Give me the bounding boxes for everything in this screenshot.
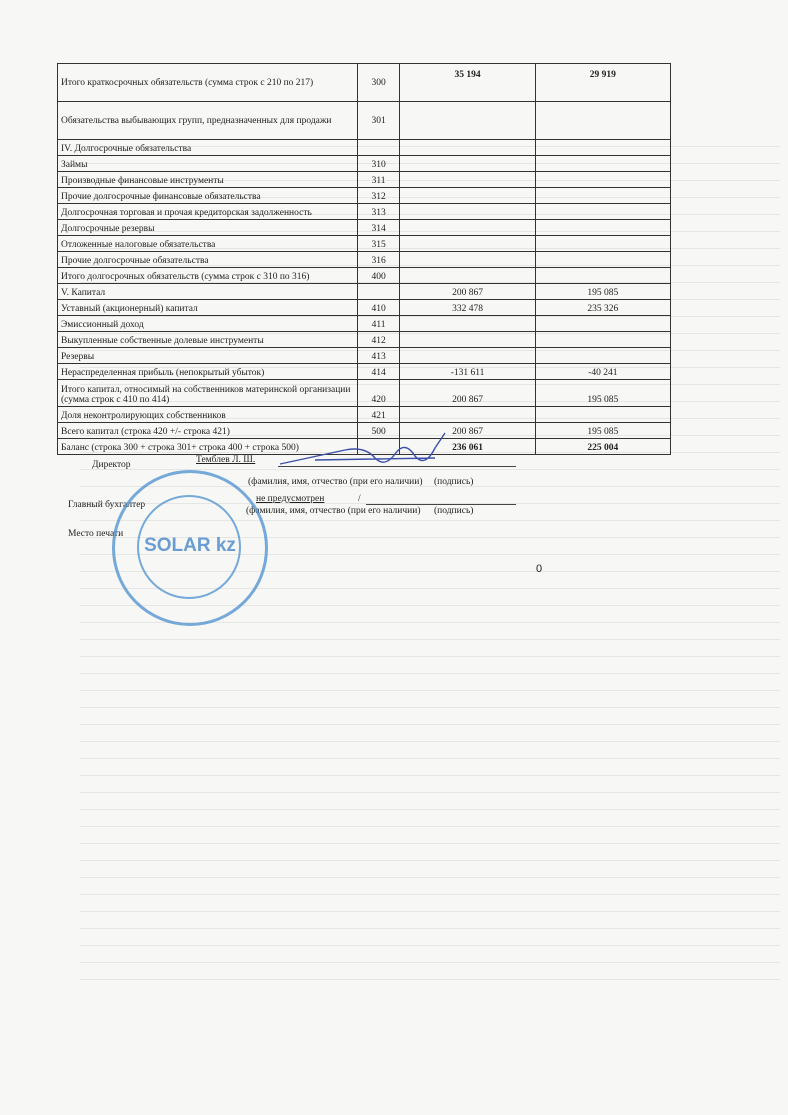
row-value-current <box>400 220 535 236</box>
row-value-previous <box>535 204 670 220</box>
stamp-logo-text: SOLAR kz <box>115 535 265 557</box>
table-row: Итого краткосрочных обязательств (сумма … <box>58 64 671 102</box>
row-code: 421 <box>357 407 400 423</box>
row-code: 301 <box>357 102 400 140</box>
row-value-previous: 195 085 <box>535 284 670 300</box>
row-code: 300 <box>357 64 400 102</box>
row-value-previous: 235 326 <box>535 300 670 316</box>
row-name: Итого долгосрочных обязательств (сумма с… <box>58 268 358 284</box>
director-name: Темблев Л. Ш. <box>196 455 255 465</box>
row-value-current <box>400 172 535 188</box>
table-row: Прочие долгосрочные финансовые обязатель… <box>58 188 671 204</box>
row-value-previous <box>535 220 670 236</box>
table-row: IV. Долгосрочные обязательства <box>58 140 671 156</box>
row-value-previous <box>535 102 670 140</box>
row-value-current <box>400 252 535 268</box>
row-name: Уставный (акционерный) капитал <box>58 300 358 316</box>
accountant-name: не предусмотрен <box>256 494 324 504</box>
table-row: Итого долгосрочных обязательств (сумма с… <box>58 268 671 284</box>
row-value-current <box>400 140 535 156</box>
table-row: Уставный (акционерный) капитал410332 478… <box>58 300 671 316</box>
row-value-previous: 195 085 <box>535 423 670 439</box>
director-fio-caption: (фамилия, имя, отчество (при его наличии… <box>248 477 423 487</box>
table-row: Прочие долгосрочные обязательства316 <box>58 252 671 268</box>
row-value-current <box>400 156 535 172</box>
table-row: Производные финансовые инструменты311 <box>58 172 671 188</box>
row-name: Итого краткосрочных обязательств (сумма … <box>58 64 358 102</box>
row-value-current <box>400 407 535 423</box>
row-value-previous: 195 085 <box>535 380 670 407</box>
row-name: Резервы <box>58 348 358 364</box>
row-name: Обязательства выбывающих групп, предназн… <box>58 102 358 140</box>
table-row: Обязательства выбывающих групп, предназн… <box>58 102 671 140</box>
row-value-previous <box>535 156 670 172</box>
table-row: Долгосрочные резервы314 <box>58 220 671 236</box>
row-value-previous <box>535 268 670 284</box>
accountant-fio-caption: (фамилия, имя, отчество (при его наличии… <box>246 506 421 516</box>
row-value-current <box>400 236 535 252</box>
row-value-previous <box>535 172 670 188</box>
row-value-previous <box>535 407 670 423</box>
row-value-current: 35 194 <box>400 64 535 102</box>
accountant-signature-caption: (подпись) <box>434 506 473 516</box>
row-value-current <box>400 204 535 220</box>
row-name: Отложенные налоговые обязательства <box>58 236 358 252</box>
table-row: Итого капитал, относимый на собственнико… <box>58 380 671 407</box>
row-value-previous <box>535 348 670 364</box>
row-name: Займы <box>58 156 358 172</box>
table-row: Выкупленные собственные долевые инструме… <box>58 332 671 348</box>
table-row: Резервы413 <box>58 348 671 364</box>
row-name: Прочие долгосрочные обязательства <box>58 252 358 268</box>
row-value-previous <box>535 188 670 204</box>
table-row: Эмиссионный доход411 <box>58 316 671 332</box>
row-code <box>357 284 400 300</box>
row-value-previous <box>535 316 670 332</box>
director-signature-scribble <box>275 428 465 478</box>
row-name: Доля неконтролирующих собственников <box>58 407 358 423</box>
row-name: Долгосрочные резервы <box>58 220 358 236</box>
table-row: Доля неконтролирующих собственников421 <box>58 407 671 423</box>
row-name: Долгосрочная торговая и прочая кредиторс… <box>58 204 358 220</box>
row-code: 310 <box>357 156 400 172</box>
row-name: Выкупленные собственные долевые инструме… <box>58 332 358 348</box>
row-value-previous <box>535 252 670 268</box>
row-name: Эмиссионный доход <box>58 316 358 332</box>
row-name: V. Капитал <box>58 284 358 300</box>
row-code <box>357 140 400 156</box>
row-code: 420 <box>357 380 400 407</box>
row-code: 314 <box>357 220 400 236</box>
row-value-current <box>400 188 535 204</box>
table-row: Долгосрочная торговая и прочая кредиторс… <box>58 204 671 220</box>
director-signature-caption: (подпись) <box>434 477 473 487</box>
row-value-previous: 225 004 <box>535 439 670 455</box>
table-row: V. Капитал200 867195 085 <box>58 284 671 300</box>
row-value-current <box>400 268 535 284</box>
row-value-current <box>400 102 535 140</box>
row-code: 311 <box>357 172 400 188</box>
director-label: Директор <box>92 460 131 470</box>
row-code: 312 <box>357 188 400 204</box>
row-name: Прочие долгосрочные финансовые обязатель… <box>58 188 358 204</box>
signature-separator: / <box>358 494 361 504</box>
row-code: 412 <box>357 332 400 348</box>
row-value-current: 200 867 <box>400 284 535 300</box>
row-code: 414 <box>357 364 400 380</box>
row-name: Нераспределенная прибыль (непокрытый убы… <box>58 364 358 380</box>
row-value-previous <box>535 236 670 252</box>
page-marker: 0 <box>536 563 542 575</box>
row-value-previous: 29 919 <box>535 64 670 102</box>
row-value-current: -131 611 <box>400 364 535 380</box>
accountant-signature-line <box>366 504 516 505</box>
row-value-current <box>400 348 535 364</box>
row-code: 400 <box>357 268 400 284</box>
row-value-current: 332 478 <box>400 300 535 316</box>
row-code: 413 <box>357 348 400 364</box>
row-code: 411 <box>357 316 400 332</box>
row-name: IV. Долгосрочные обязательства <box>58 140 358 156</box>
balance-sheet-table: Итого краткосрочных обязательств (сумма … <box>57 63 671 455</box>
table-row: Нераспределенная прибыль (непокрытый убы… <box>58 364 671 380</box>
row-code: 316 <box>357 252 400 268</box>
row-code: 313 <box>357 204 400 220</box>
row-name: Производные финансовые инструменты <box>58 172 358 188</box>
row-code: 315 <box>357 236 400 252</box>
row-value-current <box>400 316 535 332</box>
row-value-current <box>400 332 535 348</box>
company-stamp: SOLAR kz <box>112 470 268 626</box>
table-row: Займы310 <box>58 156 671 172</box>
row-value-current: 200 867 <box>400 380 535 407</box>
row-value-previous: -40 241 <box>535 364 670 380</box>
table-row: Отложенные налоговые обязательства315 <box>58 236 671 252</box>
row-value-previous <box>535 332 670 348</box>
row-code: 410 <box>357 300 400 316</box>
row-value-previous <box>535 140 670 156</box>
row-name: Итого капитал, относимый на собственнико… <box>58 380 358 407</box>
